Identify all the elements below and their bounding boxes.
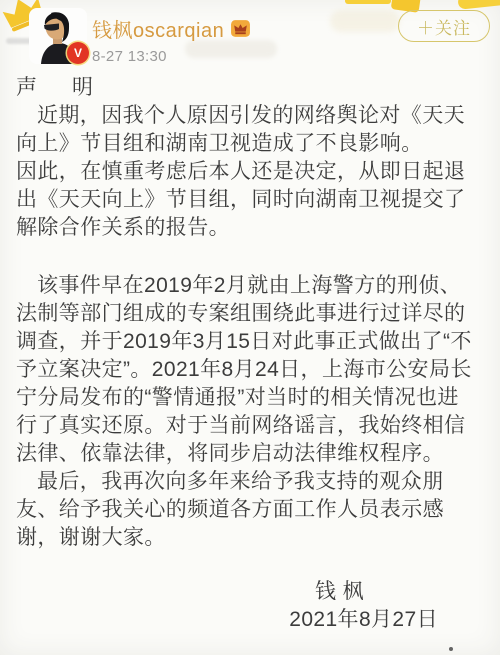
- statement-paragraph-4: 最后，我再次向多年来给予我支持的观众朋友、给予我关心的频道各方面工作人员表示感谢…: [16, 468, 472, 552]
- user-meta: 钱枫oscarqian 8-27 13:30: [92, 14, 251, 65]
- statement-paragraph-1: 近期，因我个人原因引发的网络舆论对《天天向上》节目组和湖南卫视造成了不良影响。: [16, 102, 472, 158]
- signature-date: 2021年8月27日: [16, 606, 472, 634]
- verified-badge-icon: V: [67, 42, 89, 64]
- statement-title: 声 明: [16, 74, 472, 102]
- artifact-dot: [449, 647, 453, 651]
- statement-paragraph-2: 因此，在慎重考虑后本人还是决定，从即日起退出《天天向上》节目组，同时向湖南卫视提…: [16, 158, 472, 242]
- timestamp: 8-27 13:30: [92, 48, 251, 65]
- yellow-arc-decoration: [457, 0, 500, 10]
- username[interactable]: 钱枫oscarqian: [92, 14, 224, 43]
- yellow-bar-decoration: [345, 0, 391, 4]
- vip-crown-icon: [230, 18, 251, 39]
- statement-body: 声 明 近期，因我个人原因引发的网络舆论对《天天向上》节目组和湖南卫视造成了不良…: [16, 74, 472, 634]
- avatar[interactable]: V: [29, 8, 87, 64]
- follow-button[interactable]: ＋关注: [398, 10, 490, 42]
- faded-smudge: [330, 10, 400, 32]
- statement-paragraph-3: 该事件早在2019年2月就由上海警方的刑侦、法制等部门组成的专案组围绕此事进行过…: [16, 272, 472, 468]
- signature-name: 钱 枫: [16, 578, 472, 606]
- weibo-post-card: V 钱枫oscarqian 8-27 13:30 ＋关注 声 明 近期，因我个人…: [0, 0, 500, 655]
